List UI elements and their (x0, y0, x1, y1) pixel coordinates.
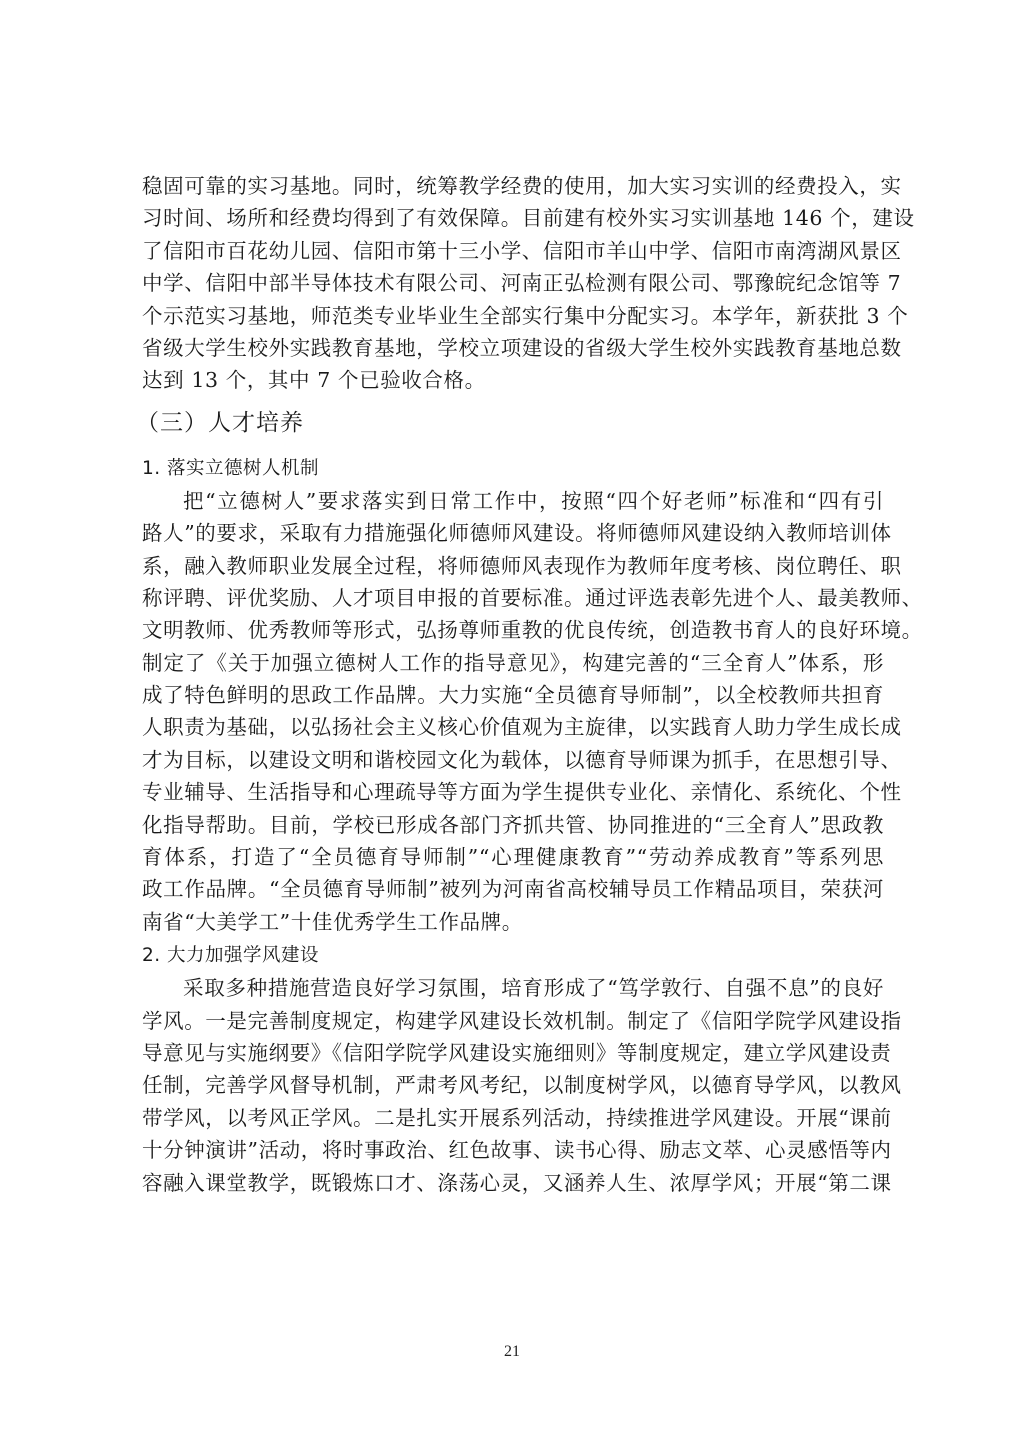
paragraph-line: 系，融入教师职业发展全过程，将师德师风表现作为教师年度考核、岗位聘任、职 (142, 550, 884, 582)
paragraph-line: 习时间、场所和经费均得到了有效保障。目前建有校外实习实训基地 146 个，建设 (142, 202, 884, 234)
paragraph-line: 成了特色鲜明的思政工作品牌。大力实施“全员德育导师制”，以全校教师共担育 (142, 679, 884, 711)
paragraph-line: 称评聘、评优奖励、人才项目申报的首要标准。通过评选表彰先进个人、最美教师、 (142, 582, 884, 614)
paragraph-line: 个示范实习基地，师范类专业毕业生全部实行集中分配实习。本学年，新获批 3 个 (142, 300, 884, 332)
subsection-2: 2. 大力加强学风建设 采取多种措施营造良好学习氛围，培育形成了“笃学敦行、自强… (142, 940, 884, 1199)
paragraph-line: 省级大学生校外实践教育基地，学校立项建设的省级大学生校外实践教育基地总数 (142, 332, 884, 364)
subsection-heading: 1. 落实立德树人机制 (142, 453, 884, 485)
paragraph-line: 才为目标，以建设文明和谐校园文化为载体，以德育导师课为抓手，在思想引导、 (142, 744, 884, 776)
paragraph-line: 文明教师、优秀教师等形式，弘扬尊师重教的优良传统，创造教书育人的良好环境。 (142, 614, 884, 646)
paragraph-line: 中学、信阳中部半导体技术有限公司、河南正弘检测有限公司、鄂豫皖纪念馆等 7 (142, 267, 884, 299)
paragraph-line: 人职责为基础，以弘扬社会主义核心价值观为主旋律，以实践育人助力学生成长成 (142, 711, 884, 743)
paragraph-line: 采取多种措施营造良好学习氛围，培育形成了“笃学敦行、自强不息”的良好 (142, 972, 884, 1004)
document-page-body: 稳固可靠的实习基地。同时，统筹教学经费的使用，加大实习实训的经费投入，实 习时间… (142, 170, 884, 1199)
paragraph-line: 专业辅导、生活指导和心理疏导等方面为学生提供专业化、亲情化、系统化、个性 (142, 776, 884, 808)
paragraph-line: 任制，完善学风督导机制，严肃考风考纪，以制度树学风，以德育导学风，以教风 (142, 1069, 884, 1101)
subsection-heading: 2. 大力加强学风建设 (142, 940, 884, 972)
paragraph-line: 学风。一是完善制度规定，构建学风建设长效机制。制定了《信阳学院学风建设指 (142, 1005, 884, 1037)
paragraph-line: 育体系，打造了“全员德育导师制”“心理健康教育”“劳动养成教育”等系列思 (142, 841, 884, 873)
paragraph-line: 政工作品牌。“全员德育导师制”被列为河南省高校辅导员工作精品项目，荣获河 (142, 873, 884, 905)
paragraph-line: 带学风，以考风正学风。二是扎实开展系列活动，持续推进学风建设。开展“课前 (142, 1102, 884, 1134)
intro-paragraph: 稳固可靠的实习基地。同时，统筹教学经费的使用，加大实习实训的经费投入，实 习时间… (142, 170, 884, 397)
paragraph-line: 达到 13 个，其中 7 个已验收合格。 (142, 364, 884, 396)
paragraph-line: 了信阳市百花幼儿园、信阳市第十三小学、信阳市羊山中学、信阳市南湾湖风景区 (142, 235, 884, 267)
paragraph-line: 化指导帮助。目前，学校已形成各部门齐抓共管、协同推进的“三全育人”思政教 (142, 809, 884, 841)
paragraph-line: 稳固可靠的实习基地。同时，统筹教学经费的使用，加大实习实训的经费投入，实 (142, 170, 884, 202)
paragraph-line: 路人”的要求，采取有力措施强化师德师风建设。将师德师风建设纳入教师培训体 (142, 517, 884, 549)
paragraph-line: 十分钟演讲”活动，将时事政治、红色故事、读书心得、励志文萃、心灵感悟等内 (142, 1134, 884, 1166)
section-heading: （三）人才培养 (136, 399, 884, 447)
paragraph-line: 南省“大美学工”十佳优秀学生工作品牌。 (142, 906, 884, 938)
paragraph-line: 导意见与实施纲要》《信阳学院学风建设实施细则》等制度规定，建立学风建设责 (142, 1037, 884, 1069)
subsection-1: 1. 落实立德树人机制 把“立德树人”要求落实到日常工作中，按照“四个好老师”标… (142, 453, 884, 938)
page-number: 21 (0, 1343, 1024, 1361)
paragraph-line: 容融入课堂教学，既锻炼口才、涤荡心灵，又涵养人生、浓厚学风；开展“第二课 (142, 1167, 884, 1199)
paragraph-line: 制定了《关于加强立德树人工作的指导意见》，构建完善的“三全育人”体系，形 (142, 647, 884, 679)
paragraph-line: 把“立德树人”要求落实到日常工作中，按照“四个好老师”标准和“四有引 (142, 485, 884, 517)
